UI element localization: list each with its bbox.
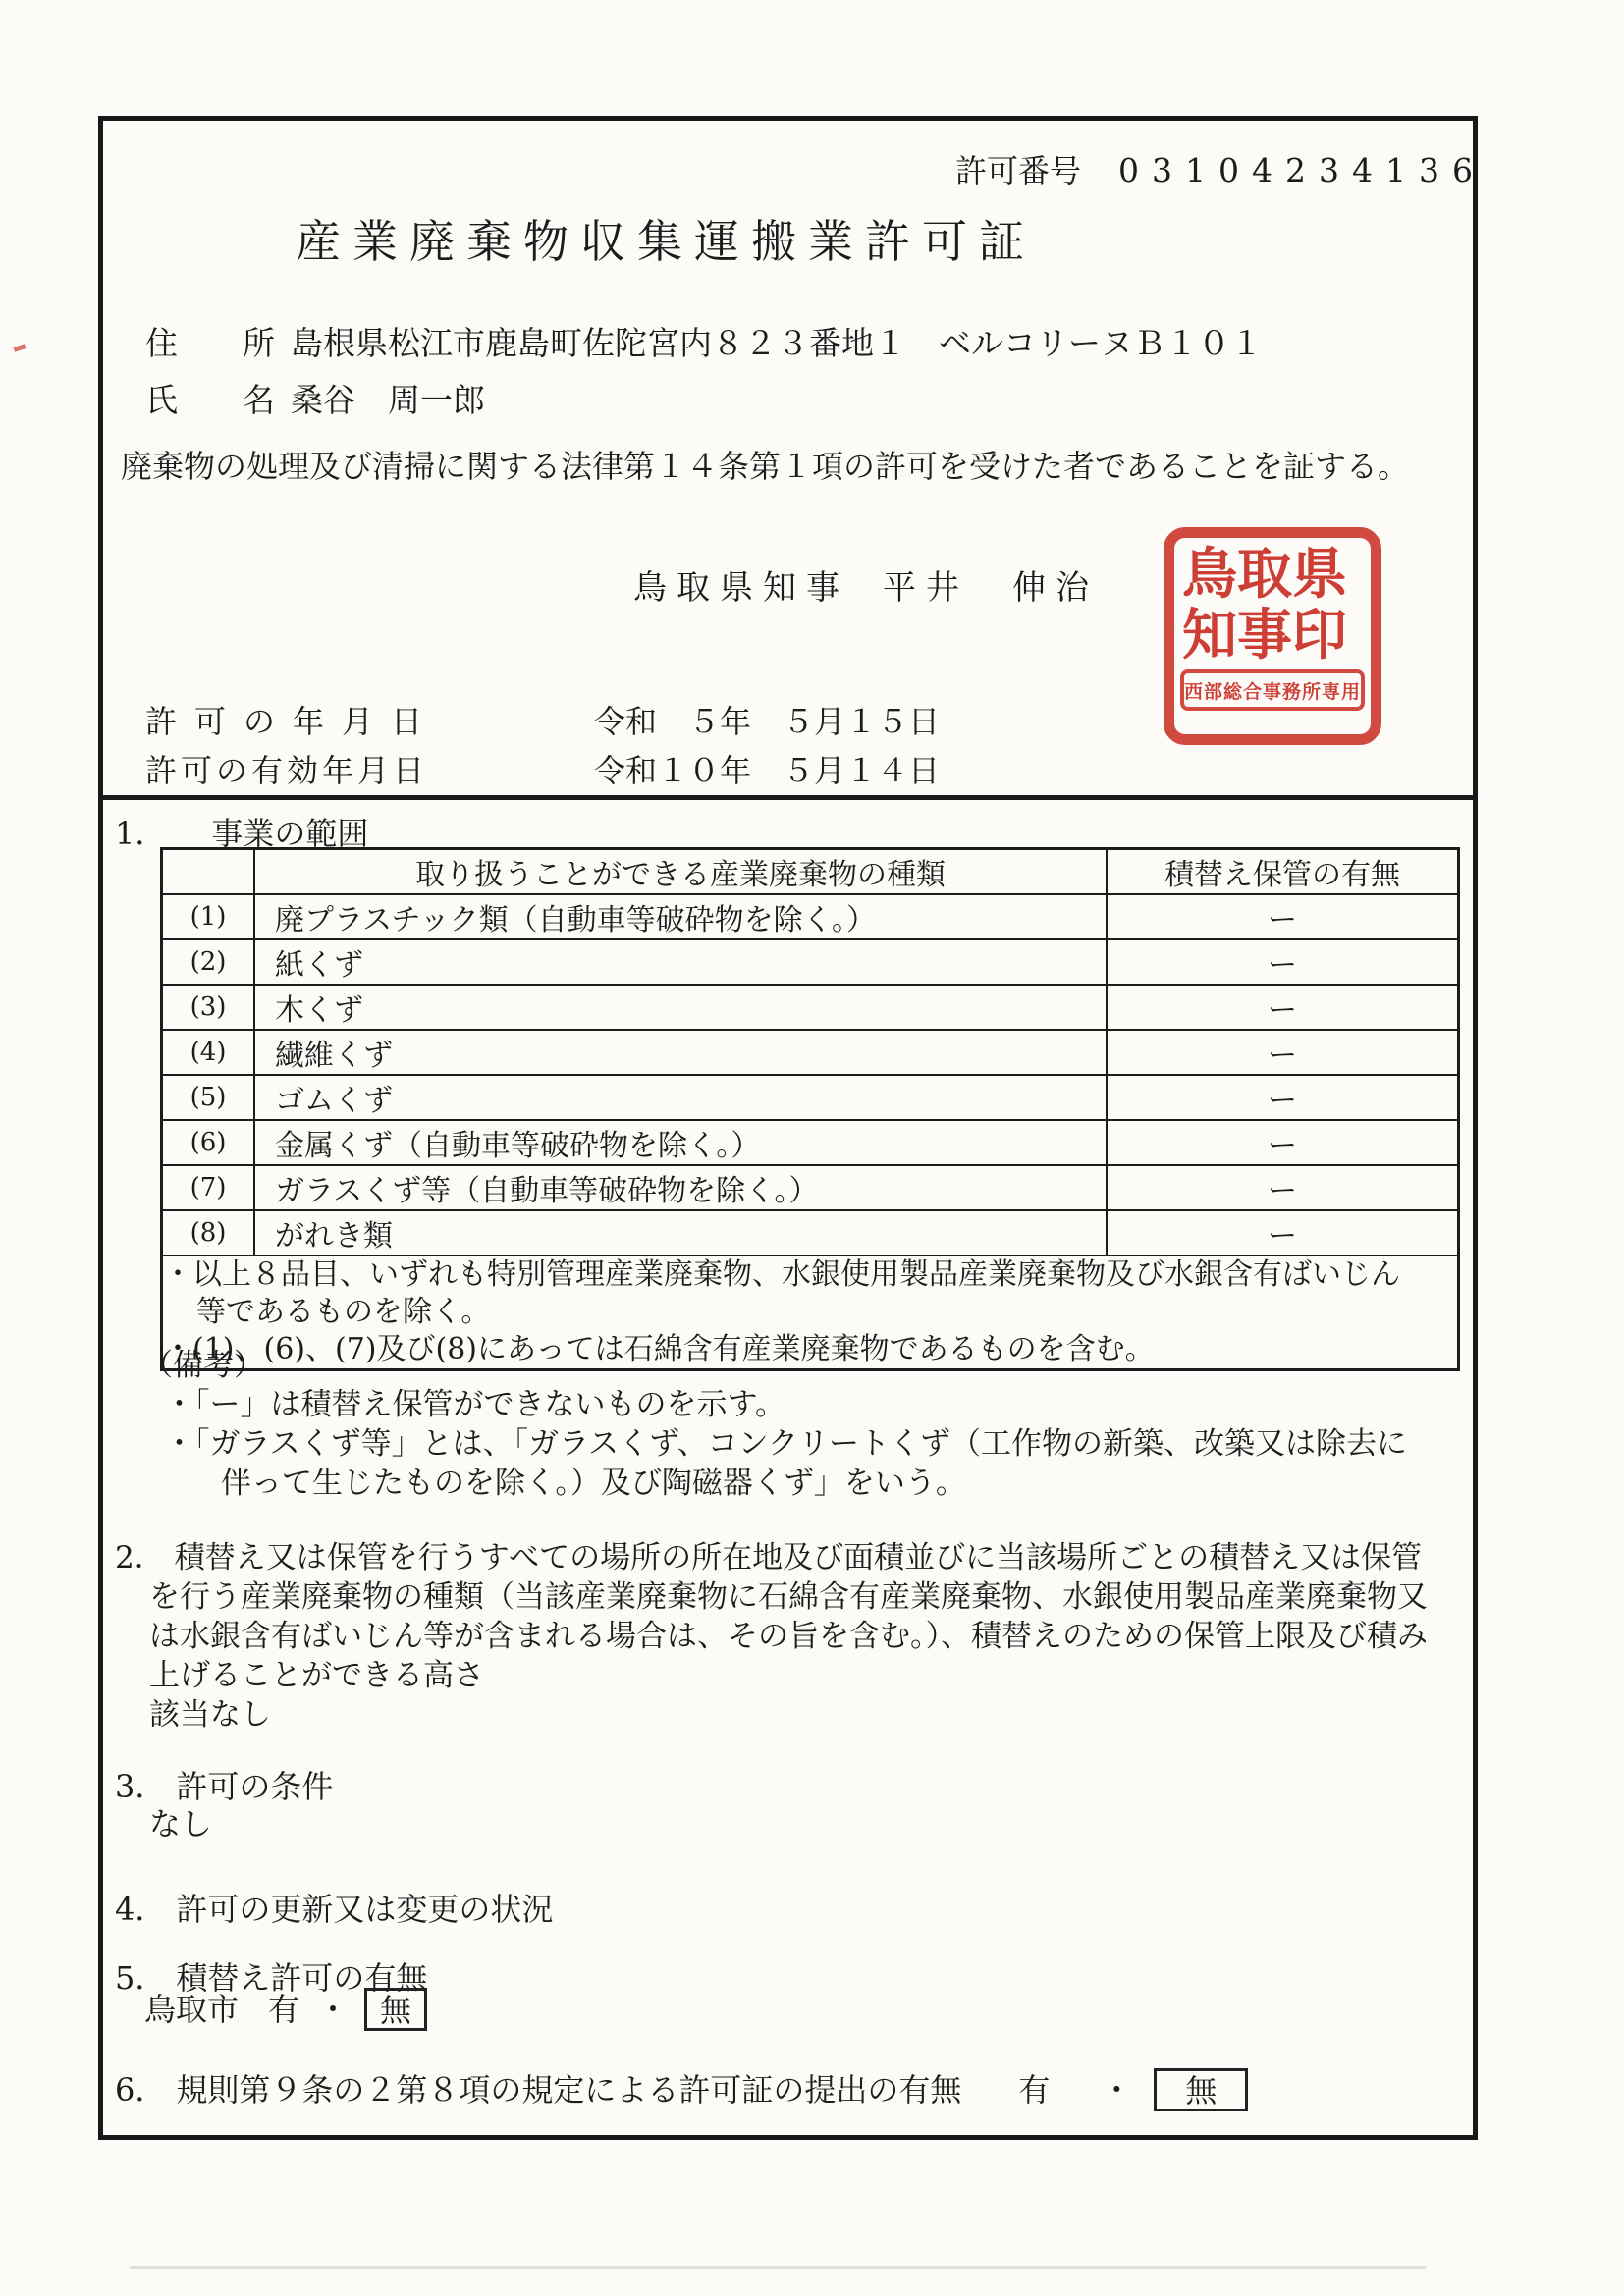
table-row: (1) 廃プラスチック類（自動車等破砕物を除く。） ー: [162, 894, 1459, 939]
row-number: (1): [162, 894, 255, 939]
section5-yes-option: 有: [268, 1990, 299, 2029]
permit-number-row: 許可番号 03104234136: [955, 150, 1486, 190]
section2-line: を行う産業廃棄物の種類（当該産業廃棄物に石綿含有産業廃棄物、水銀使用製品産業廃棄…: [149, 1577, 1428, 1617]
scan-artifact-red-mark: [14, 344, 27, 351]
seal-row-1: 鳥取県: [1182, 544, 1363, 605]
section4-number: 4．: [115, 1891, 166, 1928]
issue-date-value: 令和 ５年 ５月１５日: [594, 703, 940, 740]
address-row: 住 所島根県松江市鹿島町佐陀宮内８２３番地１ ベルコリーヌＢ１０１: [145, 323, 1263, 363]
governor-seal-text: 鳥取県 知事印: [1174, 538, 1371, 666]
row-number: (2): [162, 939, 255, 985]
section6-number: 6．: [115, 2070, 166, 2109]
storage-status: ー: [1107, 1120, 1459, 1165]
storage-status: ー: [1107, 985, 1459, 1030]
section3-title: 許可の条件: [176, 1768, 333, 1805]
remarks-block: （備考） ・「ー」は積替え保管ができないものを示す。 ・「ガラスくず等」とは、「…: [142, 1346, 1407, 1503]
table-row: (4) 繊維くず ー: [162, 1030, 1459, 1075]
scanned-certificate-page: 許可番号 03104234136 産業廃棄物収集運搬業許可証 住 所島根県松江市…: [0, 0, 1624, 2296]
section5-separator-dot: ・: [317, 1990, 349, 2029]
table-note-line: 等であるものを除く。: [163, 1294, 1457, 1331]
issuer-row: 鳥取県知事平井 伸治: [633, 567, 1099, 610]
table-header-row: 取り扱うことができる産業廃棄物の種類 積替え保管の有無: [162, 849, 1459, 895]
row-number: (5): [162, 1075, 255, 1120]
row-number: (4): [162, 1030, 255, 1075]
expiry-date-value: 令和１０年 ５月１４日: [594, 752, 940, 789]
section2-line: 2．積替え又は保管を行うすべての場所の所在地及び面積並びに当該場所ごとの積替え又…: [115, 1538, 1428, 1577]
issue-date-row: 許可の年月日令和 ５年 ５月１５日: [145, 702, 940, 741]
issuer-title: 鳥取県知事: [633, 568, 849, 608]
header-waste-type: 取り扱うことができる産業廃棄物の種類: [254, 849, 1107, 895]
permit-number-label: 許可番号: [955, 151, 1081, 190]
name-label: 氏 名: [145, 381, 275, 419]
storage-status: ー: [1107, 1030, 1459, 1075]
table-note-line: ・以上８品目、いずれも特別管理産業廃棄物、水銀使用製品産業廃棄物及び水銀含有ばい…: [163, 1256, 1457, 1294]
section2-line: 上げることができる高さ: [149, 1656, 1428, 1695]
section2-line-text: 積替え又は保管を行うすべての場所の所在地及び面積並びに当該場所ごとの積替え又は保…: [175, 1540, 1422, 1575]
table-row: (6) 金属くず（自動車等破砕物を除く。） ー: [162, 1120, 1459, 1165]
storage-status: ー: [1107, 939, 1459, 985]
storage-status: ー: [1107, 1075, 1459, 1120]
governor-seal: 鳥取県 知事印 西部総合事務所専用: [1164, 527, 1381, 745]
expiry-date-label: 許可の有効年月日: [145, 751, 594, 790]
section6-row: 6．規則第９条の２第８項の規定による許可証の提出の有無 有 ・ 無: [115, 2068, 1248, 2111]
waste-type: 金属くず（自動車等破砕物を除く。）: [254, 1120, 1107, 1165]
waste-type: がれき類: [254, 1210, 1107, 1255]
waste-type: 繊維くず: [254, 1030, 1107, 1075]
table-row: (7) ガラスくず等（自動車等破砕物を除く。） ー: [162, 1165, 1459, 1210]
table-row: (8) がれき類 ー: [162, 1210, 1459, 1255]
section5-answer-row: 鳥取市 有 ・ 無: [144, 1988, 427, 2031]
table-row: (5) ゴムくず ー: [162, 1075, 1459, 1120]
expiry-date-row: 許可の有効年月日令和１０年 ５月１４日: [145, 751, 940, 790]
section2-value: 該当なし: [149, 1695, 1428, 1735]
row-number: (3): [162, 985, 255, 1030]
remark-line: ・「ー」は積替え保管ができないものを示す。: [164, 1385, 1407, 1424]
certificate-title: 産業廃棄物収集運搬業許可証: [296, 214, 1036, 271]
storage-status: ー: [1107, 1210, 1459, 1255]
waste-type: ガラスくず等（自動車等破砕物を除く。）: [254, 1165, 1107, 1210]
waste-type: 木くず: [254, 985, 1107, 1030]
section2-line: は水銀含有ばいじん等が含まれる場合は、その旨を含む。）、積替えのための保管上限及…: [149, 1617, 1428, 1656]
storage-status: ー: [1107, 1165, 1459, 1210]
certification-statement: 廃棄物の処理及び清掃に関する法律第１４条第１項の許可を受けた者であることを証する…: [121, 447, 1409, 486]
seal-office-band: 西部総合事務所専用: [1180, 669, 1365, 711]
remark-line: ・「ガラスくず等」とは、「ガラスくず、コンクリートくず（工作物の新築、改築又は除…: [164, 1424, 1407, 1464]
seal-row-2: 知事印: [1182, 605, 1363, 666]
section2-number: 2．: [115, 1540, 165, 1575]
business-scope-table: 取り扱うことができる産業廃棄物の種類 積替え保管の有無 (1) 廃プラスチック類…: [160, 847, 1460, 1371]
section3-heading: 3．許可の条件: [115, 1767, 333, 1806]
section6-separator-dot: ・: [1101, 2070, 1132, 2109]
section-divider-rule: [103, 795, 1473, 800]
header-transfer-storage: 積替え保管の有無: [1107, 849, 1459, 895]
seal-row-1-text: 鳥取県: [1182, 544, 1347, 605]
section5-city: 鳥取市: [144, 1990, 239, 2029]
permit-number-value: 03104234136: [1118, 150, 1486, 190]
header-empty-cell: [162, 849, 255, 895]
name-value: 桑谷 周一郎: [291, 381, 485, 419]
waste-type: ゴムくず: [254, 1075, 1107, 1120]
row-number: (7): [162, 1165, 255, 1210]
row-number: (6): [162, 1120, 255, 1165]
section6-no-selected-box: 無: [1154, 2068, 1248, 2111]
address-label: 住 所: [145, 324, 275, 362]
remarks-label: （備考）: [142, 1346, 1407, 1385]
scan-artifact-bottom-line: [130, 2266, 1426, 2269]
waste-type: 紙くず: [254, 939, 1107, 985]
section4-title: 許可の更新又は変更の状況: [176, 1891, 553, 1928]
seal-row-2-text: 知事印: [1182, 605, 1347, 666]
waste-type: 廃プラスチック類（自動車等破砕物を除く。）: [254, 894, 1107, 939]
issue-date-label: 許可の年月日: [145, 702, 594, 741]
row-number: (8): [162, 1210, 255, 1255]
section6-yes-option: 有: [1018, 2070, 1050, 2109]
storage-status: ー: [1107, 894, 1459, 939]
table-row: (2) 紙くず ー: [162, 939, 1459, 985]
section2-block: 2．積替え又は保管を行うすべての場所の所在地及び面積並びに当該場所ごとの積替え又…: [115, 1538, 1428, 1735]
remark-line: 伴って生じたものを除く。）及び陶磁器くず」をいう。: [221, 1464, 1407, 1503]
address-value: 島根県松江市鹿島町佐陀宮内８２３番地１ ベルコリーヌＢ１０１: [291, 324, 1263, 362]
section6-text: 規則第９条の２第８項の規定による許可証の提出の有無: [176, 2070, 961, 2109]
section1-number: 1．: [115, 815, 166, 852]
issuer-name: 平井 伸治: [883, 568, 1099, 608]
section5-no-selected-box: 無: [364, 1988, 427, 2031]
section3-number: 3．: [115, 1768, 166, 1805]
section3-value: なし: [149, 1804, 212, 1843]
certificate-frame: 許可番号 03104234136 産業廃棄物収集運搬業許可証 住 所島根県松江市…: [98, 116, 1478, 2140]
table-row: (3) 木くず ー: [162, 985, 1459, 1030]
name-row: 氏 名桑谷 周一郎: [145, 380, 485, 420]
section4-heading: 4．許可の更新又は変更の状況: [115, 1890, 553, 1929]
